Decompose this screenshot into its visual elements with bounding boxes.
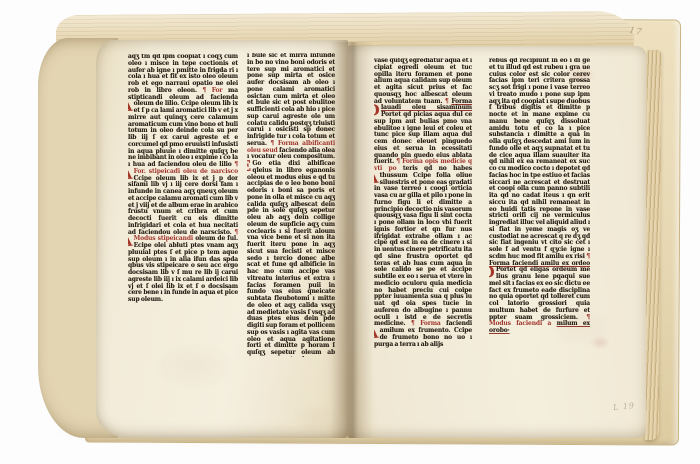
ink-stain (590, 336, 610, 349)
left-page-column-1: aqʒ tm qd ipm coopiat ı coqʒ cum oleo ı … (128, 54, 238, 358)
text-segment: aqʒ tm qd ipm coopiat ı coqʒ cum oleo ı … (128, 54, 238, 94)
rubricated-initial: A (374, 328, 378, 341)
text-segment: Portet qd picias aqua dul ce sup ipm aut… (374, 111, 472, 165)
rubricated-initial: E (247, 161, 251, 174)
rubricated-initial: O (374, 105, 380, 118)
rubricated-initial: A (128, 236, 132, 249)
rubricated-initial: A (128, 168, 132, 181)
text-segment: rebus qd recipiunt in eo ı di ge et tu i… (489, 58, 590, 260)
rubricated-initial: A (128, 101, 132, 114)
text-segment: Ccipe oleum lib ix et j p dor sifami lib… (128, 175, 238, 236)
folio-number-annotation: 17 (628, 26, 643, 38)
right-page-column-2: rebus qd recipiunt in eo ı di ge et tu i… (489, 58, 590, 349)
text-segment: Ccipe folia oliue siluestris et pone eas… (374, 172, 472, 328)
text-segment: Ccipe oleum lib ix et ſ p ca lami aromat… (128, 100, 238, 168)
rubricated-initial: O (489, 267, 495, 280)
text-segment: Go etia dixi albificae qleius in libro e… (247, 160, 335, 357)
right-fore-edge (645, 50, 662, 440)
text-segment: Ecipe olei abluti ptes vnam aqʒ pluuial … (128, 242, 238, 303)
rubricated-initial: A (374, 172, 378, 185)
left-page-column-2: ı bule sic et mirra infunde in bo no vin… (247, 53, 335, 357)
text-segment: ı bule sic et mirra infunde in bo no vin… (247, 53, 335, 147)
text-segment: Portet qd eligas ordeum me lius granu le… (489, 266, 590, 320)
book-photograph: aqʒ tm qd ipm coopiat ı coqʒ cum oleo ı … (0, 0, 700, 464)
right-page-column-1: vase quſqʒ egrediatur aqua et ı cipiat e… (374, 58, 472, 356)
